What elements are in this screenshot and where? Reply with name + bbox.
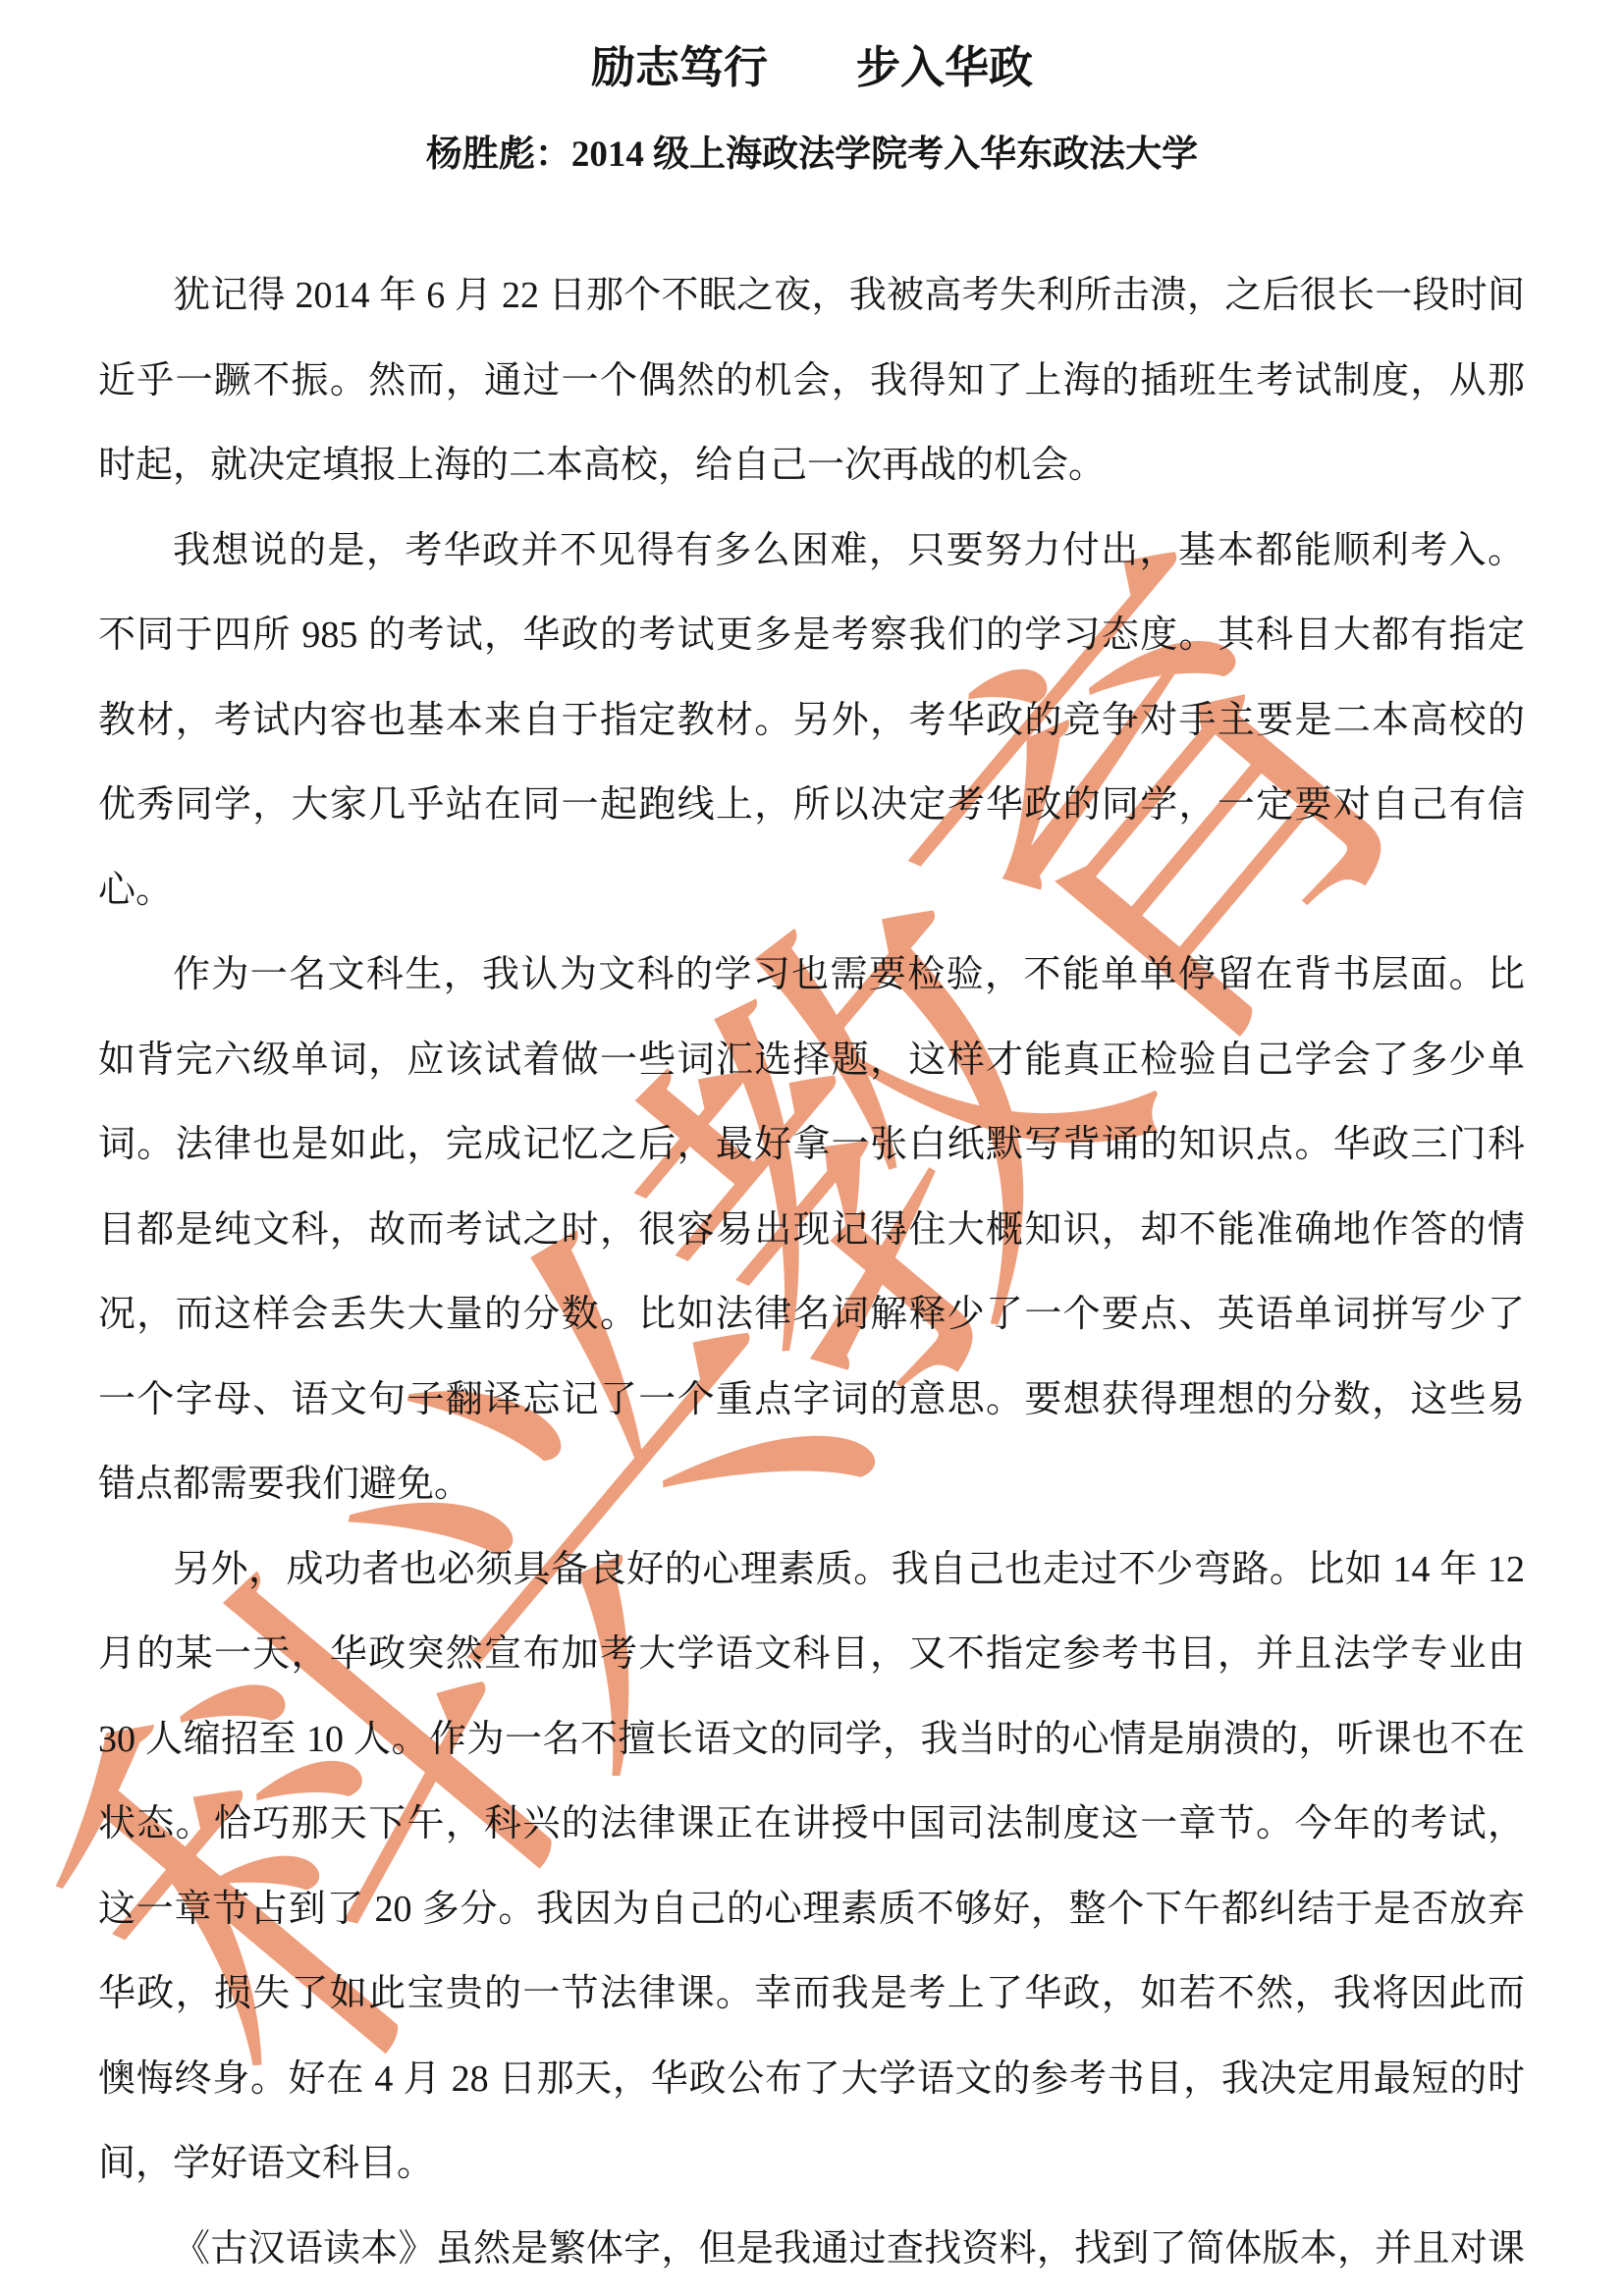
text-line: 不同于四所 985 的考试，华政的考试更多是考察我们的学习态度。其科目大都有指定: [98, 593, 1525, 678]
text-line: 词。法律也是如此，完成记忆之后，最好拿一张白纸默写背诵的知识点。华政三门科: [98, 1102, 1525, 1188]
document-page: 科兴教育 励志笃行 步入华政 杨胜彪：2014 级上海政法学院考入华东政法大学 …: [0, 0, 1624, 2296]
page-subtitle: 杨胜彪：2014 级上海政法学院考入华东政法大学: [0, 133, 1624, 177]
paragraph: 《古汉语读本》虽然是繁体字，但是我通过查找资料，找到了简体版本，并且对课: [98, 2207, 1525, 2292]
paragraph: 我想说的是，考华政并不见得有多么困难，只要努力付出，基本都能顺利考入。不同于四所…: [98, 508, 1525, 934]
paragraph: 作为一名文科生，我认为文科的学习也需要检验，不能单单停留在背书层面。比如背完六级…: [98, 933, 1525, 1527]
text-line: 时起，就决定填报上海的二本高校，给自己一次再战的机会。: [98, 423, 1525, 508]
text-line: 30 人缩招至 10 人。作为一名不擅长语文的同学，我当时的心情是崩溃的，听课也…: [98, 1697, 1525, 1783]
text-line: 一个字母、语文句子翻译忘记了一个重点字词的意思。要想获得理想的分数，这些易: [98, 1358, 1525, 1443]
text-line: 这一章节占到了 20 多分。我因为自己的心理素质不够好，整个下午都纠结于是否放弃: [98, 1867, 1525, 1952]
text-line: 如背完六级单词，应该试着做一些词汇选择题，这样才能真正检验自己学会了多少单: [98, 1018, 1525, 1103]
text-line: 华政，损失了如此宝贵的一节法律课。幸而我是考上了华政，如若不然，我将因此而: [98, 1951, 1525, 2037]
text-line: 作为一名文科生，我认为文科的学习也需要检验，不能单单停留在背书层面。比: [98, 933, 1525, 1018]
text-line: 间，学好语文科目。: [98, 2121, 1525, 2207]
paragraph: 犹记得 2014 年 6 月 22 日那个不眠之夜，我被高考失利所击溃，之后很长…: [98, 253, 1525, 508]
text-line: 心。: [98, 848, 1525, 934]
document-body: 犹记得 2014 年 6 月 22 日那个不眠之夜，我被高考失利所击溃，之后很长…: [98, 253, 1525, 2291]
text-line: 状态。恰巧那天下午，科兴的法律课正在讲授中国司法制度这一章节。今年的考试，: [98, 1782, 1525, 1867]
text-line: 近乎一蹶不振。然而，通过一个偶然的机会，我得知了上海的插班生考试制度，从那: [98, 339, 1525, 424]
text-line: 教材，考试内容也基本来自于指定教材。另外，考华政的竞争对手主要是二本高校的: [98, 678, 1525, 764]
text-line: 《古汉语读本》虽然是繁体字，但是我通过查找资料，找到了简体版本，并且对课: [98, 2207, 1525, 2292]
text-line: 我想说的是，考华政并不见得有多么困难，只要努力付出，基本都能顺利考入。: [98, 508, 1525, 594]
text-line: 优秀同学，大家几乎站在同一起跑线上，所以决定考华政的同学，一定要对自己有信: [98, 763, 1525, 848]
text-line: 况，而这样会丢失大量的分数。比如法律名词解释少了一个要点、英语单词拼写少了: [98, 1272, 1525, 1358]
page-title: 励志笃行 步入华政: [0, 41, 1624, 94]
text-line: 懊悔终身。好在 4 月 28 日那天，华政公布了大学语文的参考书目，我决定用最短…: [98, 2037, 1525, 2122]
text-line: 另外，成功者也必须具备良好的心理素质。我自己也走过不少弯路。比如 14 年 12: [98, 1527, 1525, 1613]
text-line: 目都是纯文科，故而考试之时，很容易出现记得住大概知识，却不能准确地作答的情: [98, 1188, 1525, 1273]
text-line: 月的某一天，华政突然宣布加考大学语文科目，又不指定参考书目，并且法学专业由: [98, 1612, 1525, 1697]
document-content: 励志笃行 步入华政 杨胜彪：2014 级上海政法学院考入华东政法大学 犹记得 2…: [0, 0, 1624, 2296]
text-line: 犹记得 2014 年 6 月 22 日那个不眠之夜，我被高考失利所击溃，之后很长…: [98, 253, 1525, 339]
text-line: 错点都需要我们避免。: [98, 1442, 1525, 1527]
paragraph: 另外，成功者也必须具备良好的心理素质。我自己也走过不少弯路。比如 14 年 12…: [98, 1527, 1525, 2207]
